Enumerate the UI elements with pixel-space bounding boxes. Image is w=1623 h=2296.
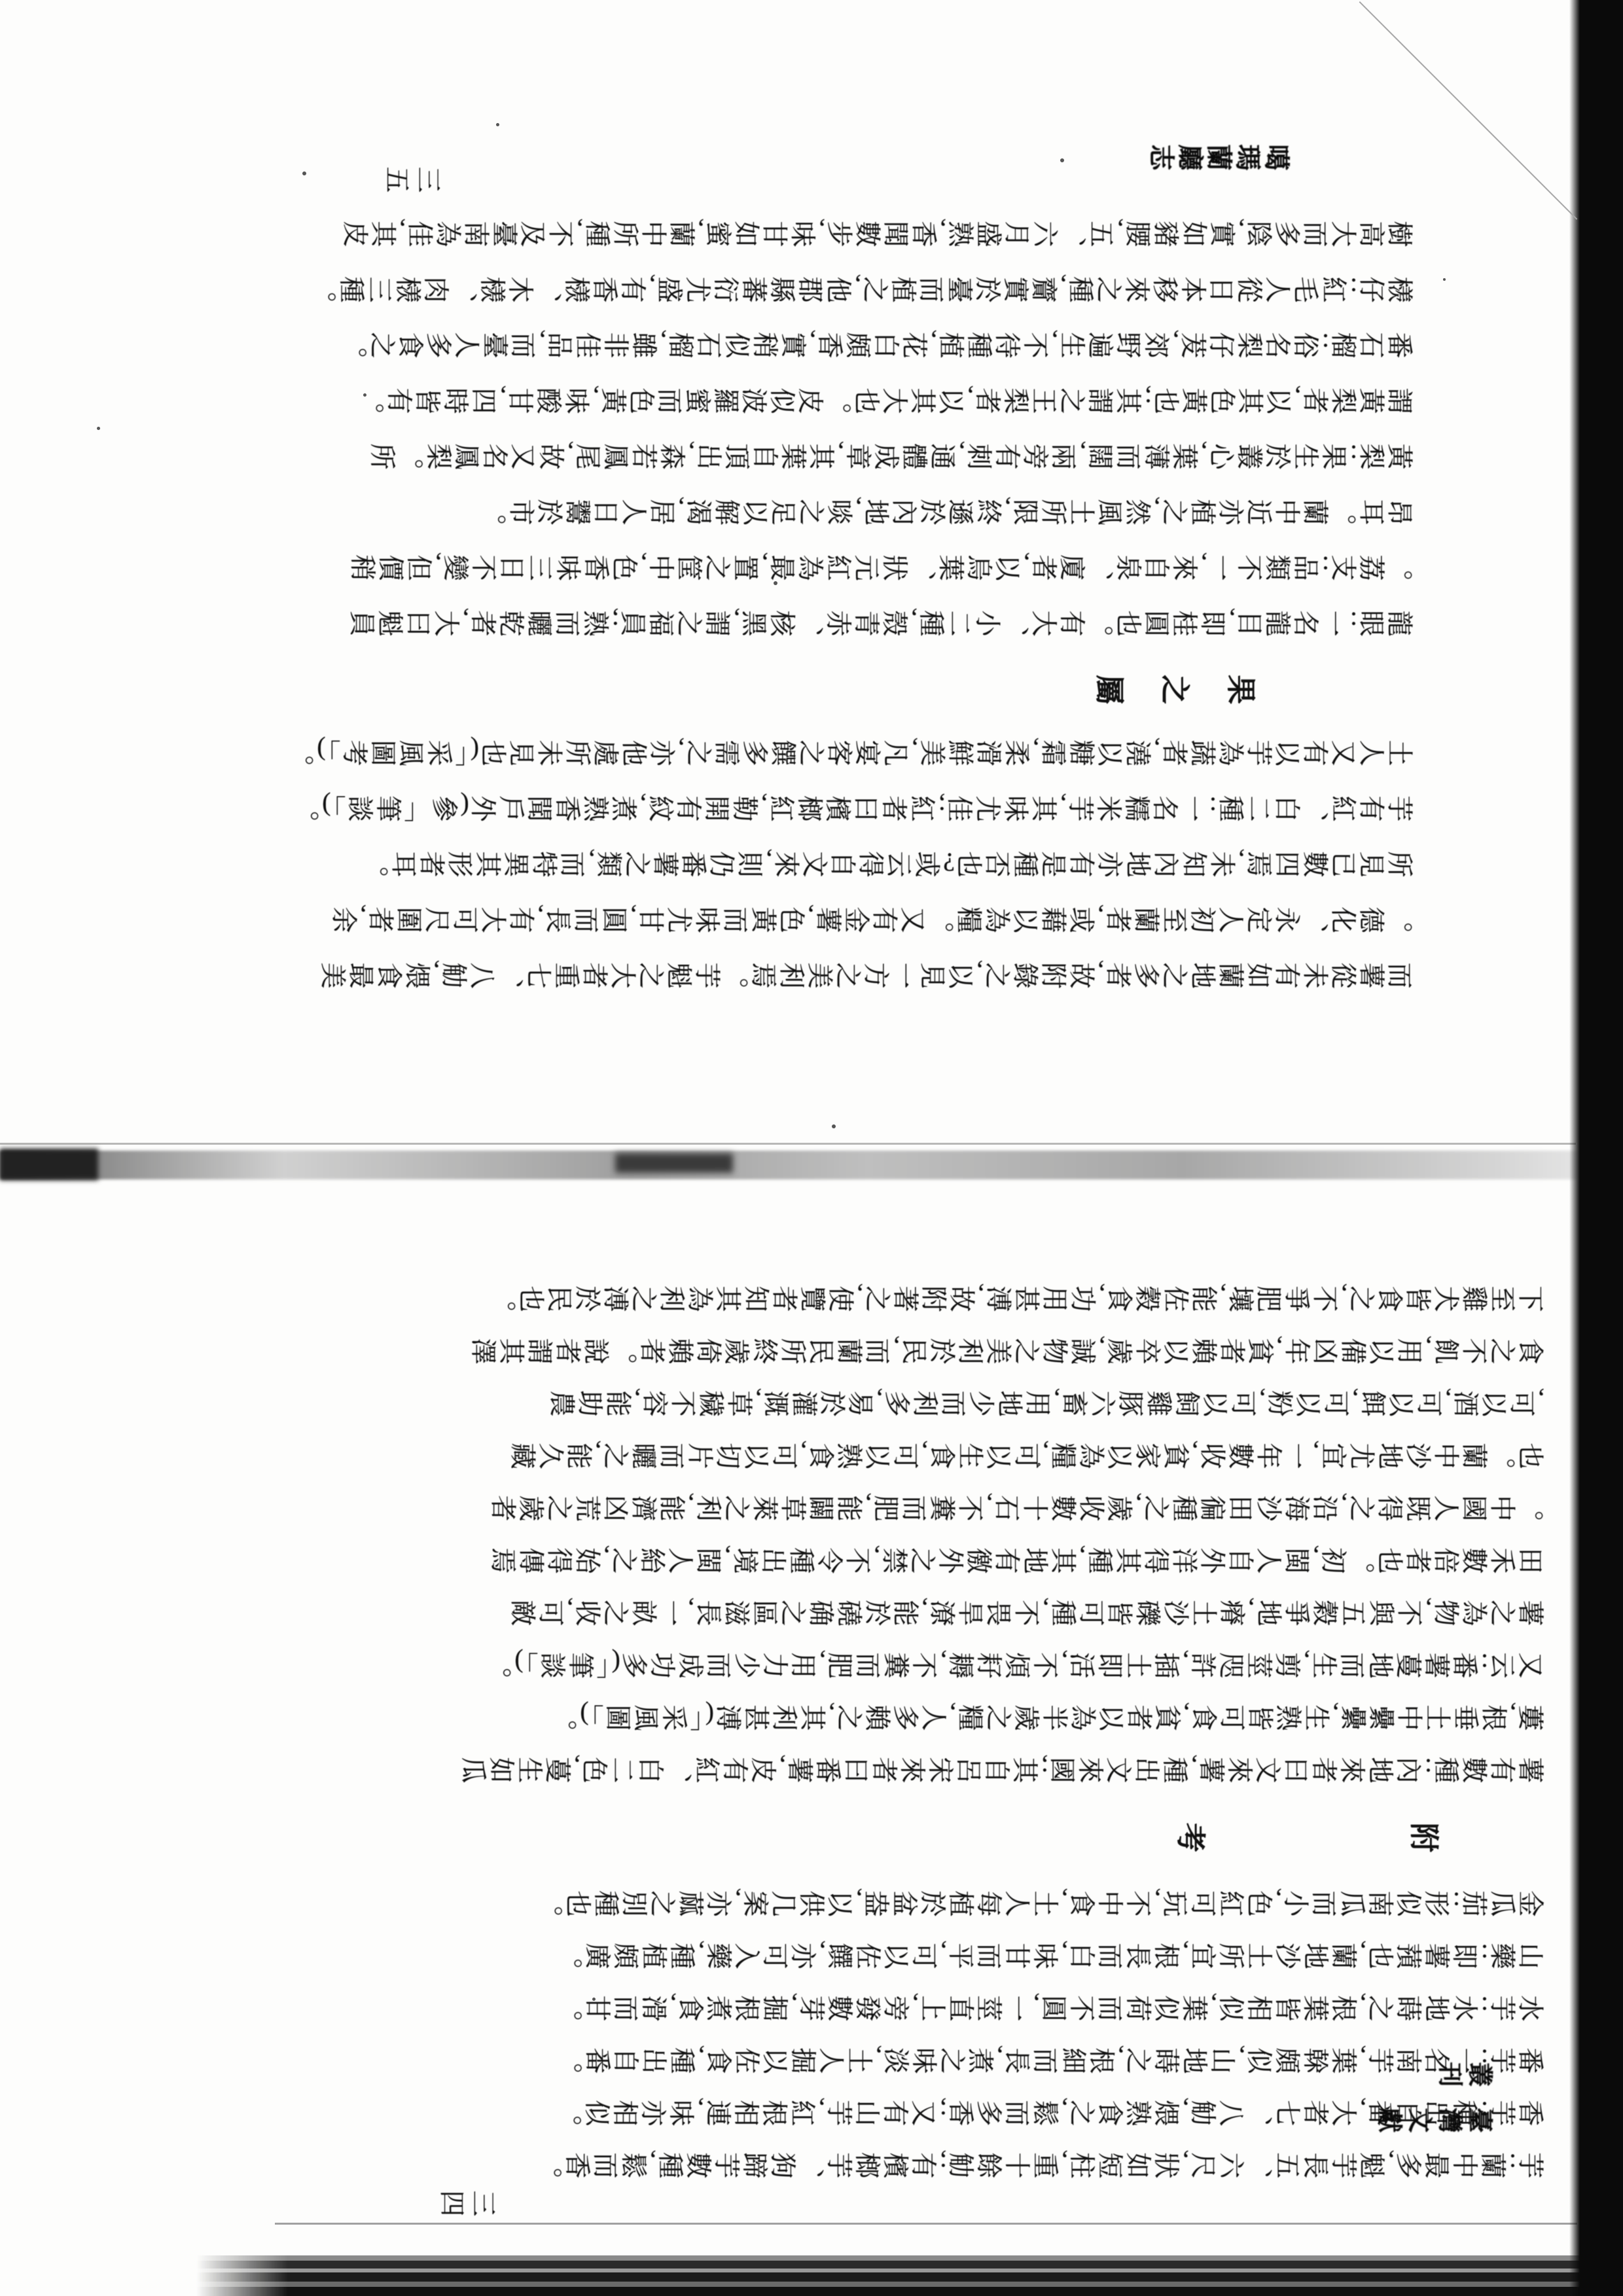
noise-dot — [1060, 158, 1064, 162]
page-bottom-columns: 芋:蘭中最多,魁芋長五、六尺,狀如短柱,重十餘觔;有檳榔芋、狗蹄芋數種,鬆而香。… — [92, 1280, 1544, 2189]
text-column: 薯有數種:內地來者曰文來薯,種出文來國;其自呂宋來者曰番薯,皮有紅、白二色,蔓生… — [92, 1742, 1544, 1794]
text-column: 臺灣文獻 — [1339, 2094, 1493, 2140]
text-column: 檨仔:紅毛人從日本移來之種,齎實於臺而植之,他郡縣蕃衍尤盛,有香檨、木檨、肉檨三… — [98, 260, 1414, 315]
noise-dot — [1037, 1463, 1041, 1466]
text-column: 樹高大而多陰,實如豬腰,五、六月盛熟,香聞數步,味甘如蜜,蘭中所種,不及臺南為佳… — [98, 204, 1414, 260]
text-column: ,可以酒,可以餌,可以粉,可以飼雞豚六畜,用地少而利多,易於灌溉,草穢不容,能助… — [92, 1375, 1544, 1427]
running-header-title: 噶瑪蘭廳志 — [1137, 137, 1291, 174]
page-number-top-value: 三五 — [364, 159, 442, 196]
text-column: 而薯從未有如蘭地之多者,故附錄之,以見一方之美利焉。芋魁之大者重七、八觔,煨食最… — [98, 946, 1414, 1001]
fold-line — [0, 1143, 1576, 1145]
text-column: 所見已數四焉,未知內地亦有是種否也?或云得自文來,則仍番薯之類,而特異其形者耳。 — [98, 834, 1414, 890]
text-column: 龍眼:一名龍目,即桂圓也。有大、小二種,殼青赤、核黑,謂之福員;熟而曬乾者,大曰… — [98, 594, 1414, 649]
text-column: 蔞,根垂土中纍纍,生熟皆可食,貧者以為半歲之糧,人多賴之,其利甚溥(「采風圖」)… — [92, 1689, 1544, 1742]
text-column: 。中國人既得之,沿海沙田徧種之,歲收數十石,不糞而肥,能闢草萊之利,能濟凶荒之歲… — [92, 1480, 1544, 1532]
corner-diagonal-line — [1359, 1, 1578, 220]
page-number-top: 三五 — [364, 161, 442, 196]
noise-dot — [592, 1998, 596, 2001]
text-column: 金瓜茄:形似南瓜而小,色紅可玩,不中食,土人每植於盆盎,以供几案,亦蓏之別種也。 — [92, 1875, 1544, 1928]
text-column: 下至雞犬皆食之,不爭肥壤,能佐穀食,功用甚溥,故附著之,使覽者知其為利之溥於民也… — [92, 1270, 1544, 1323]
noise-dot — [97, 427, 100, 430]
text-column: 水芋:水地蒔之,根葉皆相似,葉似荷而不圓,一莖直上,旁發數芽,掘根煮食,滑而甘。 — [92, 1980, 1544, 2032]
page-top-text-block: 而薯從未有如蘭地之多者,故附錄之,以見一方之美利焉。芋魁之大者重七、八觔,煨食最… — [98, 216, 1414, 1001]
page-bottom-text-block: 芋:蘭中最多,魁芋長五、六尺,狀如短柱,重十餘觔;有檳榔芋、狗蹄芋數種,鬆而香。… — [92, 1280, 1544, 2189]
text-column: 。荔支:品類不一,來自泉、廈者,以烏葉、狀元紅為最,置之筐中,色香味三日不變,但… — [98, 538, 1414, 594]
text-column: 又云:番薯蔓地而生,剪莖咫許,插土即活,不煩耔耨,不糞而肥,用力少而成功多(「筆… — [92, 1637, 1544, 1689]
running-header: 噶瑪蘭廳志 — [1137, 126, 1291, 174]
text-column: 食之不飢,用以備凶年,貧者賴以卒歲,誠物之美利於民,而蘭民所終歲倚賴者。說者謂其… — [92, 1323, 1544, 1375]
text-column: 番芋:一名南芋,葉榦頗似,山地蒔之,根細而長,煮之味淡,土人掘以佐食,種出自番。 — [92, 2032, 1544, 2085]
text-column: 也。蘭中沙地尤宜,一年數收,貧家以為糧,可以生食,可以熟食,可以切片而曬之,能久… — [92, 1427, 1544, 1480]
series-colophon-columns: 臺灣文獻叢刊 — [1339, 2042, 1493, 2140]
noise-dot — [1443, 278, 1446, 281]
text-column: 謂黃梨者,以其色黃也;其謂之王梨者,以其大也。皮似波羅蜜而色黃,味酸甘,四時皆有… — [98, 371, 1414, 427]
text-column: 。德化、永定人初至蘭者,或藉以為糧。又有金薯,色黃而味尤甘,圓而長,有大可尺圍者… — [98, 890, 1414, 946]
noise-dot — [363, 393, 366, 397]
text-column: 昂耳。蘭中近亦植之,然風土所限,終遜於內地,啖之足以解渴,居人日鬻於市。 — [98, 482, 1414, 538]
text-column: 山藥:即薯蕷也,蘭地沙土所宜,根長而白,味甘而平,可以佐饌,亦可入藥,種植頗廣。 — [92, 1928, 1544, 1980]
noise-dot — [774, 581, 777, 585]
text-column: 土人又有以芋為蔬者,澆以糖霜,柔滑鮮美,凡宴客之饌多需之,亦他處所未見也(「采風… — [98, 723, 1414, 779]
fold-blob-center — [615, 1153, 733, 1173]
scanned-document-page: 噶瑪蘭廳志 三五 而薯從未有如蘭地之多者,故附錄之,以見一方之美利焉。芋魁之大者… — [0, 0, 1623, 2296]
bottom-shadow-bands — [196, 2255, 1623, 2296]
series-colophon: 臺灣文獻叢刊 — [1339, 2042, 1493, 2140]
text-column: 芋:蘭中最多,魁芋長五、六尺,狀如短柱,重十餘觔;有檳榔芋、狗蹄芋數種,鬆而香。 — [92, 2137, 1544, 2189]
text-column: 芋有紅、白二種:一名糯米芋,其味尤佳;紅者曰檳榔紅,勒開有紋,煮熟香聞戶外(參「… — [98, 779, 1414, 834]
text-column: 黃梨:果生於叢心,葉薄而闊,兩旁有刺,通體成章,其葉自頂出,森若鳳尾,故又名鳳梨… — [98, 427, 1414, 482]
noise-dot — [832, 1124, 836, 1128]
text-column: 香芋:種出自番,大者七、八觔,煨熟食之,鬆而多香;又有山芋,紅根相連,味亦相似。 — [92, 2085, 1544, 2137]
section-heading-column: 果 之 屬 — [98, 658, 1414, 714]
section-heading-column: 附 考 — [92, 1808, 1544, 1861]
text-column: 叢刊 — [1339, 2049, 1493, 2094]
scanner-black-bar — [1569, 0, 1623, 2296]
text-column: 番石榴:俗名梨仔茇,郊野遍生,不待種植,花白頗香,實稍似石榴,雖非佳品,而臺人多… — [98, 315, 1414, 371]
fold-blob-left — [0, 1149, 98, 1180]
noise-dot — [496, 123, 499, 126]
page-top-columns: 而薯從未有如蘭地之多者,故附錄之,以見一方之美利焉。芋魁之大者重七、八觔,煨食最… — [98, 216, 1414, 1001]
fold-shadow-band — [0, 1151, 1577, 1179]
bottom-edge-line — [275, 2223, 1577, 2225]
text-column: 薯之為物,不與五穀爭地,瘠土沙礫皆可種,不畏旱潦,能於磽确之區滋長,一畝之收,可… — [92, 1585, 1544, 1637]
noise-dot — [302, 171, 306, 175]
text-column: 田禾數倍者也。初,閩人自外洋得其種,其地有徼外之禁,不令種出境,閩人紿之,始得傳… — [92, 1532, 1544, 1585]
